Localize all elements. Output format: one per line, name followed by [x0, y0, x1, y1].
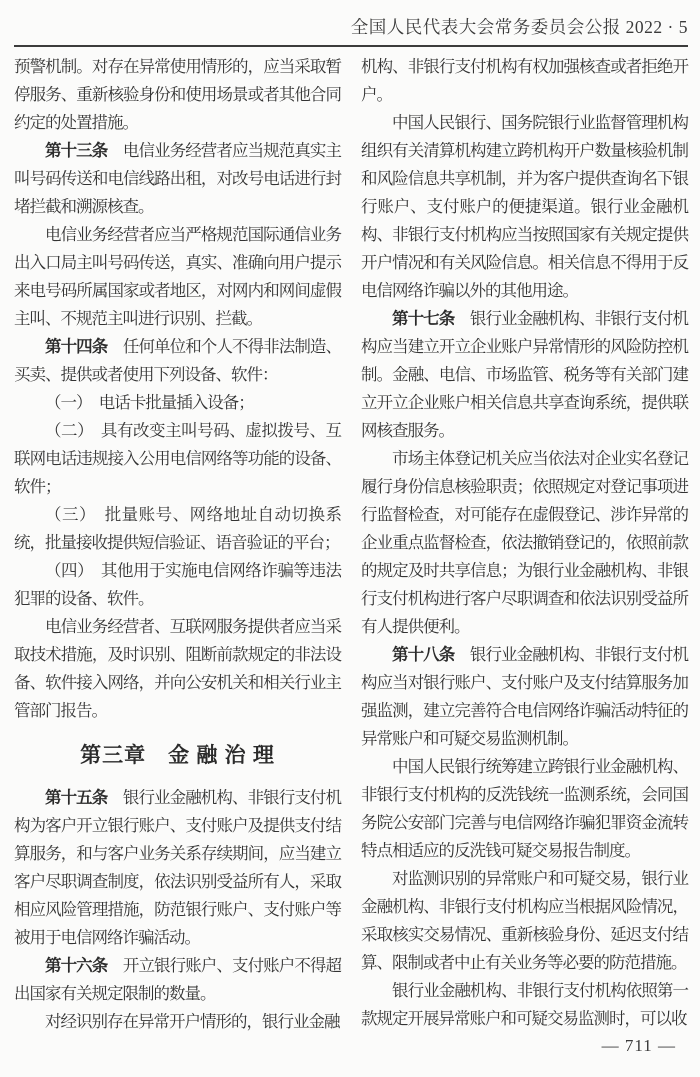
article-paragraph: 第十八条银行业金融机构、非银行支付机构应当对银行账户、支付账户及支付结算服务加强… — [361, 641, 688, 753]
paragraph: （三） 批量账号、网络地址自动切换系统，批量接收提供短信验证、语音验证的平台； — [14, 501, 341, 557]
article-number: 第十五条 — [45, 788, 107, 807]
text-columns: 预警机制。对存在异常使用情形的，应当采取暂停服务、重新核验身份和使用场景或者其他… — [0, 47, 700, 1036]
chapter-heading: 第三章 金 融 治 理 — [14, 739, 341, 771]
gazette-header-title: 全国人民代表大会常务委员会公报 2022 · 5 — [0, 0, 700, 45]
article-number: 第十四条 — [45, 337, 107, 356]
gazette-page: 全国人民代表大会常务委员会公报 2022 · 5 预警机制。对存在异常使用情形的… — [0, 0, 700, 1077]
paragraph: 市场主体登记机关应当依法对企业实名登记履行身份信息核验职责；依照规定对登记事项进… — [361, 445, 688, 641]
article-paragraph: 第十三条电信业务经营者应当规范真实主叫号码传送和电信线路出租，对改号电话进行封堵… — [14, 137, 341, 221]
page-number: — 711 — — [602, 1036, 676, 1056]
paragraph: 银行业金融机构、非银行支付机构依照第一款规定开展异常账户和可疑交易监测时，可以收 — [361, 977, 688, 1033]
article-number: 第十六条 — [45, 956, 107, 975]
paragraph: （二） 具有改变主叫号码、虚拟拨号、互联网电话违规接入公用电信网络等功能的设备、… — [14, 417, 341, 501]
paragraph: 预警机制。对存在异常使用情形的，应当采取暂停服务、重新核验身份和使用场景或者其他… — [14, 53, 341, 137]
paragraph: 对经识别存在异常开户情形的，银行业金融 — [14, 1008, 341, 1036]
column-right: 机构、非银行支付机构有权加强核查或者拒绝开户。中国人民银行、国务院银行业监督管理… — [361, 53, 688, 1036]
article-paragraph: 第十五条银行业金融机构、非银行支付机构为客户开立银行账户、支付账户及提供支付结算… — [14, 784, 341, 952]
column-left: 预警机制。对存在异常使用情形的，应当采取暂停服务、重新核验身份和使用场景或者其他… — [14, 53, 341, 1036]
paragraph: （四） 其他用于实施电信网络诈骗等违法犯罪的设备、软件。 — [14, 557, 341, 613]
article-paragraph: 第十四条任何单位和个人不得非法制造、买卖、提供或者使用下列设备、软件： — [14, 333, 341, 389]
paragraph: 电信业务经营者应当严格规范国际通信业务出入口局主叫号码传送，真实、准确向用户提示… — [14, 221, 341, 333]
paragraph: 中国人民银行、国务院银行业监督管理机构组织有关清算机构建立跨机构开户数量核验机制… — [361, 109, 688, 305]
paragraph: 对监测识别的异常账户和可疑交易，银行业金融机构、非银行支付机构应当根据风险情况，… — [361, 865, 688, 977]
paragraph: 电信业务经营者、互联网服务提供者应当采取技术措施，及时识别、阻断前款规定的非法设… — [14, 613, 341, 725]
article-paragraph: 第十六条开立银行账户、支付账户不得超出国家有关规定限制的数量。 — [14, 952, 341, 1008]
paragraph: （一） 电话卡批量插入设备； — [14, 389, 341, 417]
article-number: 第十七条 — [392, 309, 454, 328]
paragraph: 中国人民银行统筹建立跨银行业金融机构、非银行支付机构的反洗钱统一监测系统，会同国… — [361, 753, 688, 865]
article-number: 第十八条 — [392, 645, 454, 664]
paragraph: 机构、非银行支付机构有权加强核查或者拒绝开户。 — [361, 53, 688, 109]
article-paragraph: 第十七条银行业金融机构、非银行支付机构应当建立开立企业账户异常情形的风险防控机制… — [361, 305, 688, 445]
article-number: 第十三条 — [45, 141, 107, 160]
